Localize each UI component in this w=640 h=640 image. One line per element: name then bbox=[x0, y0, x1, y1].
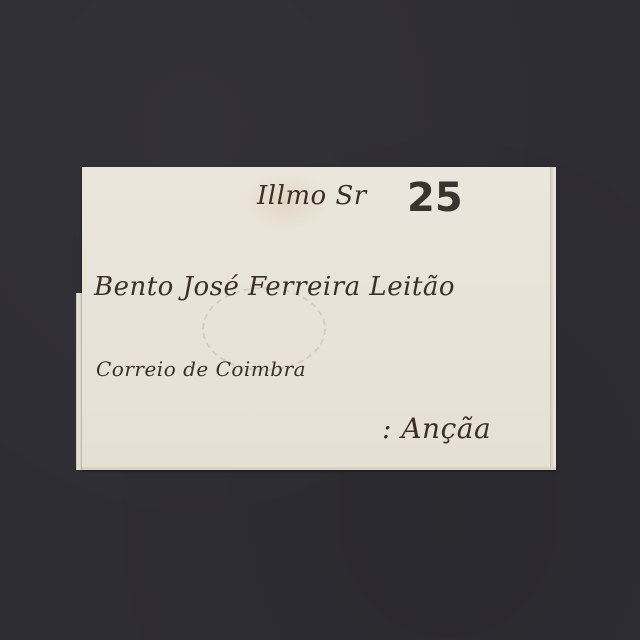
folded-letter: Illmo Sr 25 Bento José Ferreira Leitão C… bbox=[82, 167, 556, 470]
destination-town: : Ançãa bbox=[382, 412, 491, 445]
recipient-name: Bento José Ferreira Leitão bbox=[94, 272, 455, 302]
postal-rate-mark: 25 bbox=[407, 175, 463, 221]
bottom-edge bbox=[82, 467, 556, 470]
right-fold-edge bbox=[550, 167, 556, 470]
postal-route: Correio de Coimbra bbox=[96, 357, 306, 381]
salutation-text: Illmo Sr bbox=[257, 181, 367, 211]
